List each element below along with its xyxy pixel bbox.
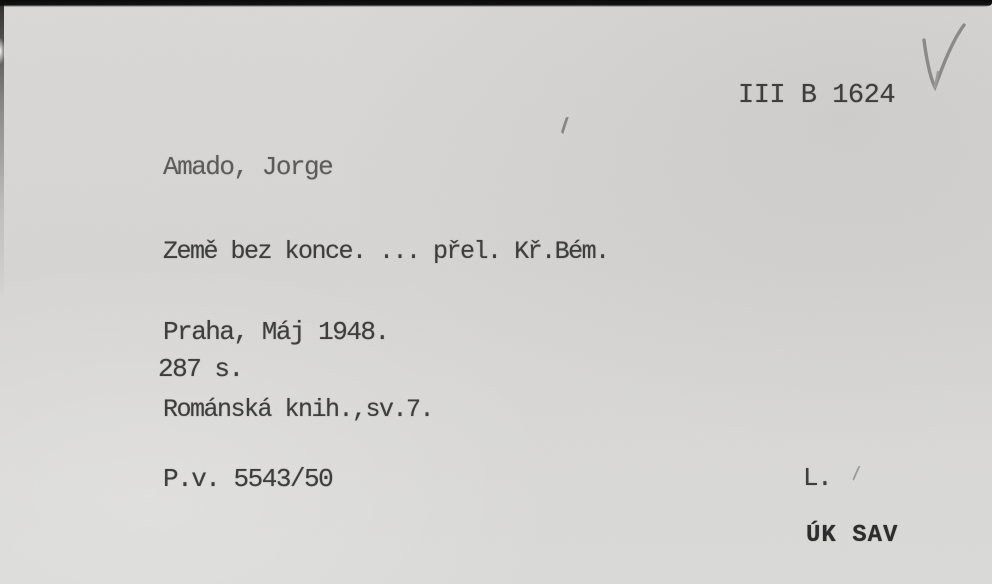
imprint-line: Praha, Máj 1948. xyxy=(163,317,389,347)
stray-tick-mark xyxy=(560,116,574,136)
location-letter: L. xyxy=(803,463,831,493)
series-line: Románská knih.,sv.7. xyxy=(163,395,433,424)
library-stamp: ÚK SAV xyxy=(806,522,898,549)
author-line: Amado, Jorge xyxy=(163,152,332,182)
title-line: Země bez konce. ... přel. Kř.Bém. xyxy=(163,237,609,266)
pagination-line: 287 s. xyxy=(158,354,243,384)
call-number: III B 1624 xyxy=(738,81,895,111)
stray-tick-mark xyxy=(852,465,865,482)
scan-edge-notch xyxy=(0,38,5,64)
accession-number: P.v. 5543/50 xyxy=(163,464,332,494)
catalog-card: III B 1624 Amado, Jorge Země bez konce. … xyxy=(0,0,992,584)
checkmark-icon xyxy=(916,22,972,96)
scan-edge-top xyxy=(0,0,992,7)
